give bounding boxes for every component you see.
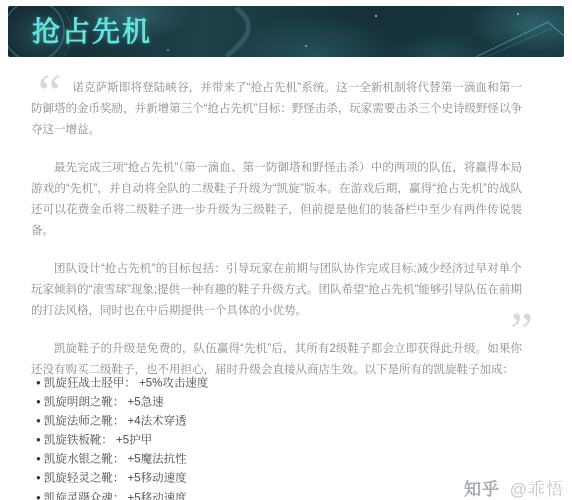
boot-bonus-label: 凯旋灵蹑众魂： +5移动速度 — [44, 492, 187, 500]
boots-bonus-list: ●凯旋狂战士胫甲： +5%攻击速度 ●凯旋明朗之靴： +5急速 ●凯旋法师之靴：… — [36, 374, 208, 500]
watermark: 知乎 @乖悟 — [464, 475, 564, 500]
bullet-icon: ● — [36, 378, 41, 387]
boot-bonus-label: 凯旋明朗之靴： +5急速 — [44, 397, 164, 409]
boot-bonus-label: 凯旋轻灵之靴： +5移动速度 — [44, 473, 187, 485]
watermark-site-logo: 知乎 — [464, 480, 500, 499]
boot-bonus-label: 凯旋狂战士胫甲： +5%攻击速度 — [44, 378, 209, 390]
quote-block: 诺克萨斯即将登陆峡谷，并带来了“抢占先机”系统。这一全新机制将代替第一滴血和第一… — [31, 78, 522, 398]
bullet-icon: ● — [36, 454, 41, 463]
list-item: ●凯旋灵蹑众魂： +5移动速度 — [36, 489, 208, 500]
list-item: ●凯旋明朗之靴： +5急速 — [36, 393, 208, 412]
boot-bonus-label: 凯旋铁板靴： +5护甲 — [44, 435, 152, 447]
page-title: 抢占先机 — [8, 6, 564, 57]
section-banner: 抢占先机 — [8, 6, 564, 57]
bullet-icon: ● — [36, 397, 41, 406]
list-item: ●凯旋狂战士胫甲： +5%攻击速度 — [36, 374, 208, 393]
bullet-icon: ● — [36, 493, 41, 500]
list-item: ●凯旋轻灵之靴： +5移动速度 — [36, 469, 208, 488]
article-page: 抢占先机 “ ” 诺克萨斯即将登陆峡谷，并带来了“抢占先机”系统。这一全新机制将… — [0, 0, 572, 500]
paragraph-intro: 诺克萨斯即将登陆峡谷，并带来了“抢占先机”系统。这一全新机制将代替第一滴血和第一… — [31, 78, 522, 141]
watermark-author: @乖悟 — [510, 480, 564, 499]
boot-bonus-label: 凯旋水银之靴： +5魔法抗性 — [44, 454, 187, 466]
list-item: ●凯旋法师之靴： +4法术穿透 — [36, 412, 208, 431]
list-item: ●凯旋水银之靴： +5魔法抗性 — [36, 450, 208, 469]
list-item: ●凯旋铁板靴： +5护甲 — [36, 431, 208, 450]
bullet-icon: ● — [36, 473, 41, 482]
paragraph-rules: 最先完成三项“抢占先机”（第一滴血、第一防御塔和野怪击杀）中的两项的队伍，将赢得… — [31, 158, 522, 242]
bullet-icon: ● — [36, 416, 41, 425]
paragraph-design-goals: 团队设计“抢占先机”的目标包括：引导玩家在前期与团队协作完成目标;减少经济过早对… — [31, 259, 522, 322]
boot-bonus-label: 凯旋法师之靴： +4法术穿透 — [44, 416, 187, 428]
bullet-icon: ● — [36, 435, 41, 444]
